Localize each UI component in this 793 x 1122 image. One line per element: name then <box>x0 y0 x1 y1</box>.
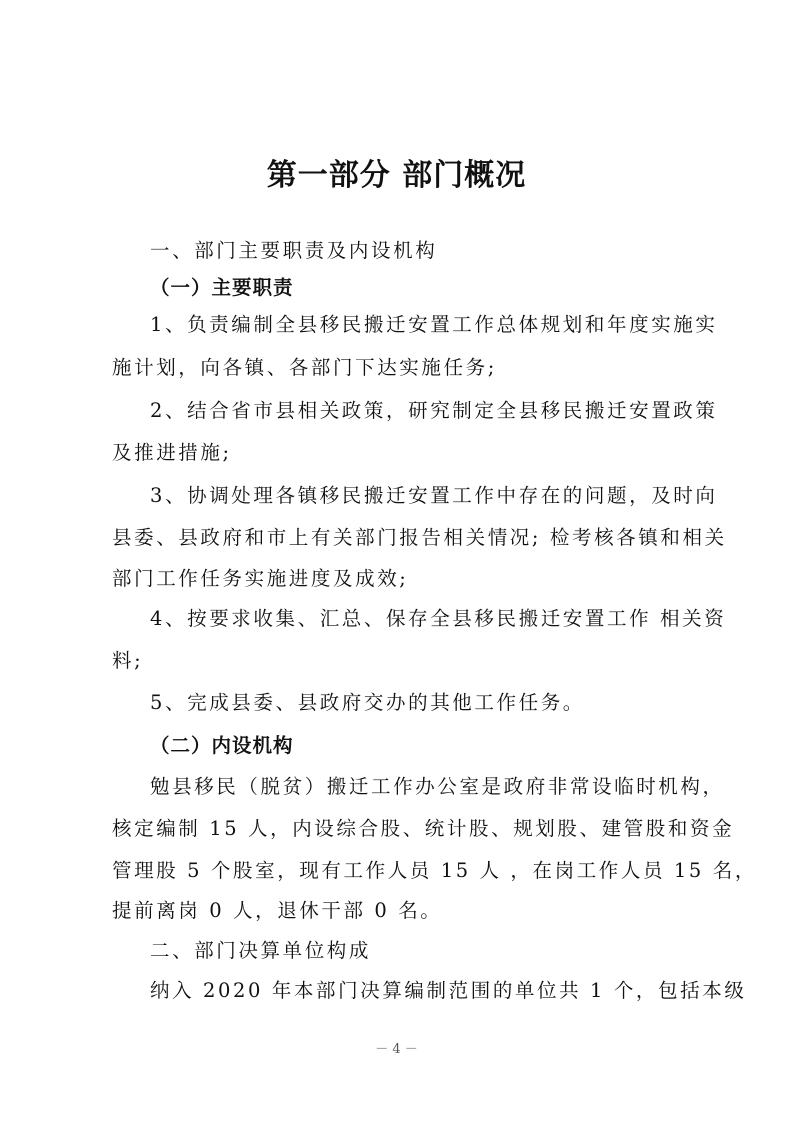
paragraph-line: 二、部门决算单位构成 <box>150 938 690 964</box>
paragraph-line: 一、部门主要职责及内设机构 <box>150 238 690 264</box>
paragraph-line: 5、完成县委、县政府交办的其他工作任务。 <box>150 690 690 716</box>
section-heading: （二）内设机构 <box>150 733 690 759</box>
paragraph-line: 县委、县政府和市上有关部门报告相关情况; 检考核各镇和相关 <box>112 525 687 551</box>
paragraph-line: 施计划，向各镇、各部门下达实施任务; <box>112 355 687 381</box>
paragraph-line: 管理股 5 个股室，现有工作人员 15 人 ，在岗工作人员 15 名， <box>112 858 687 884</box>
paragraph-line: 2、结合省市县相关政策，研究制定全县移民搬迁安置政策 <box>150 398 690 424</box>
page-number: － 4 － <box>0 1038 793 1057</box>
paragraph-line: 1、负责编制全县移民搬迁安置工作总体规划和年度实施实 <box>150 312 690 338</box>
paragraph-line: 核定编制 15 人，内设综合股、统计股、规划股、建管股和资金 <box>112 816 687 842</box>
paragraph-line: 及推进措施; <box>112 440 687 466</box>
section-heading: （一）主要职责 <box>150 275 690 301</box>
paragraph-line: 料; <box>112 648 687 674</box>
page-title: 第一部分 部门概况 <box>0 150 793 194</box>
paragraph-line: 勉县移民（脱贫）搬迁工作办公室是政府非常设临时机构， <box>150 774 690 800</box>
paragraph-line: 3、协调处理各镇移民搬迁安置工作中存在的问题，及时向 <box>150 483 690 509</box>
paragraph-line: 部门工作任务实施进度及成效; <box>112 566 687 592</box>
paragraph-line: 提前离岗 0 人，退休干部 0 名。 <box>112 898 687 924</box>
paragraph-line: 纳入 2020 年本部门决算编制范围的单位共 1 个，包括本级 <box>150 978 690 1004</box>
paragraph-line: 4、按要求收集、汇总、保存全县移民搬迁安置工作 相关资 <box>150 606 690 632</box>
